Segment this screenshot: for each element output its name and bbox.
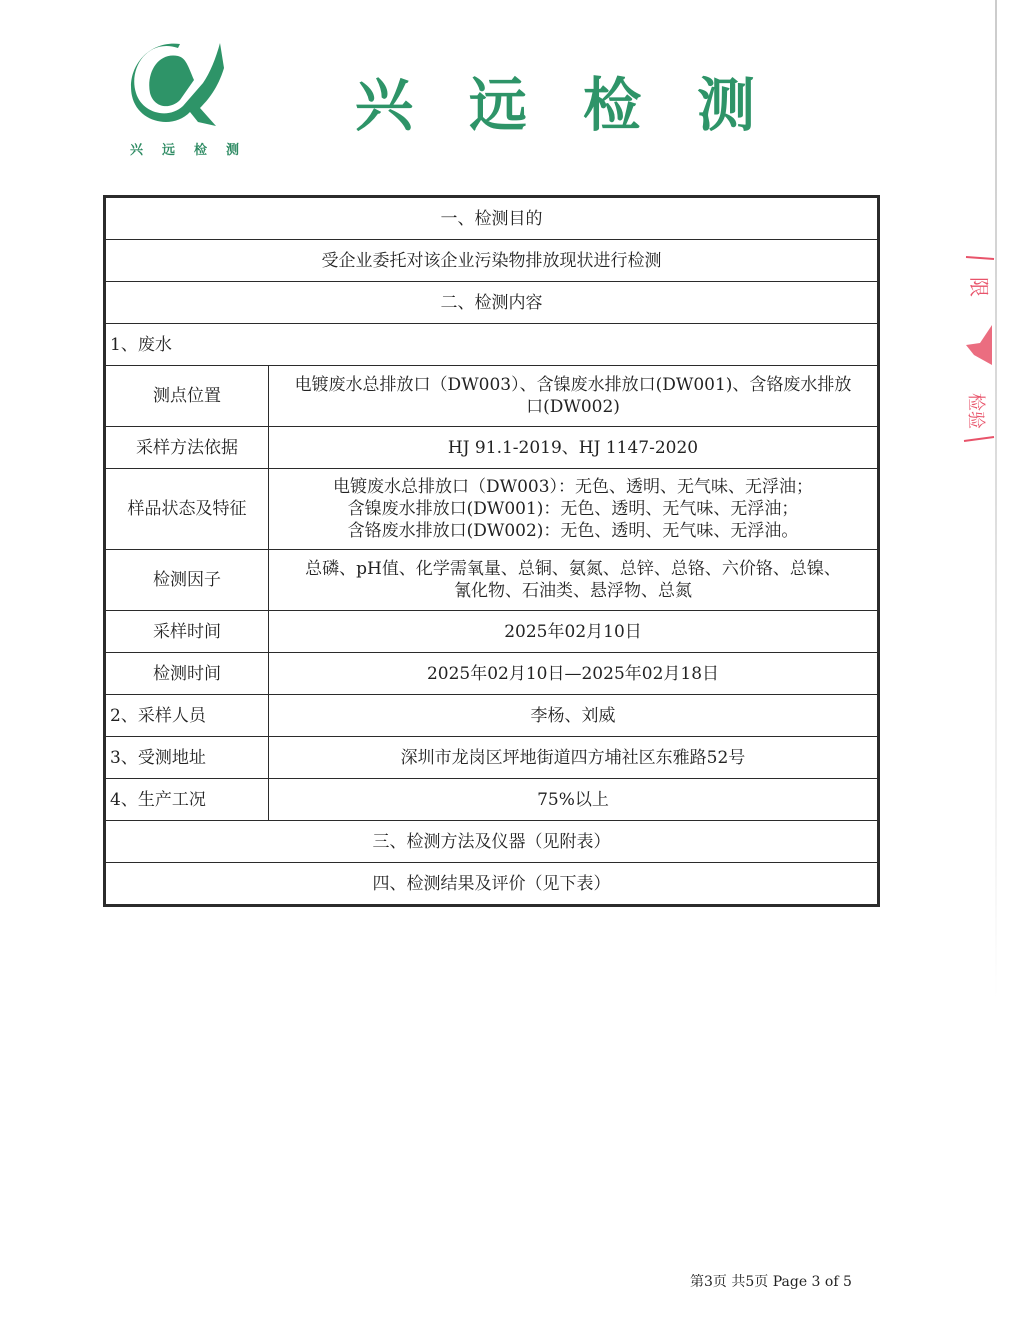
company-logo-icon: [128, 38, 238, 128]
row-value: 2025年02月10日—2025年02月18日: [269, 653, 879, 695]
table-row: 样品状态及特征 电镀废水总排放口（DW003）：无色、透明、无气味、无浮油； 含…: [105, 469, 879, 550]
page-footer: 第3页 共5页 Page 3 of 5: [690, 1271, 852, 1291]
table-row: 4、生产工况 75%以上: [105, 779, 879, 821]
row-label: 检测时间: [105, 653, 269, 695]
row-value: 深圳市龙岗区坪地街道四方埔社区东雅路52号: [269, 737, 879, 779]
table-row: 检测因子 总磷、pH值、化学需氧量、总铜、氨氮、总锌、总铬、六价铬、总镍、 氰化…: [105, 550, 879, 611]
brand-title: 兴 远 检 测: [355, 58, 755, 142]
table-row: 采样方法依据 HJ 91.1-2019、HJ 1147-2020: [105, 427, 879, 469]
svg-text:检验: 检验: [965, 393, 986, 429]
table-row: 2、采样人员 李杨、刘威: [105, 695, 879, 737]
table-row: 采样时间 2025年02月10日: [105, 611, 879, 653]
seal-stamp-icon: 限 检验: [962, 255, 996, 445]
row-label: 2、采样人员: [105, 695, 269, 737]
row-value: 电镀废水总排放口（DW003）、含镍废水排放口(DW001)、含铬废水排放 口(…: [269, 366, 879, 427]
section-title-purpose: 一、检测目的: [105, 197, 879, 240]
section-title-content: 二、检测内容: [105, 282, 879, 324]
section-title-results: 四、检测结果及评价（见下表）: [105, 863, 879, 906]
purpose-text: 受企业委托对该企业污染物排放现状进行检测: [105, 240, 879, 282]
row-label: 采样方法依据: [105, 427, 269, 469]
row-label: 检测因子: [105, 550, 269, 611]
row-label: 4、生产工况: [105, 779, 269, 821]
logo-caption: 兴 远 检 测: [130, 139, 240, 158]
row-label: 样品状态及特征: [105, 469, 269, 550]
row-label: 采样时间: [105, 611, 269, 653]
report-table: 一、检测目的 受企业委托对该企业污染物排放现状进行检测 二、检测内容 1、废水 …: [103, 195, 880, 907]
row-value: 电镀废水总排放口（DW003）：无色、透明、无气味、无浮油； 含镍废水排放口(D…: [269, 469, 879, 550]
table-row: 检测时间 2025年02月10日—2025年02月18日: [105, 653, 879, 695]
row-label: 3、受测地址: [105, 737, 269, 779]
page-edge-shadow: [995, 0, 997, 1000]
row-value: 李杨、刘威: [269, 695, 879, 737]
table-row: 测点位置 电镀废水总排放口（DW003）、含镍废水排放口(DW001)、含铬废水…: [105, 366, 879, 427]
row-value: HJ 91.1-2019、HJ 1147-2020: [269, 427, 879, 469]
section-title-methods: 三、检测方法及仪器（见附表）: [105, 821, 879, 863]
svg-text:限: 限: [967, 277, 991, 297]
row-value: 75%以上: [269, 779, 879, 821]
wastewater-heading: 1、废水: [105, 324, 879, 366]
table-row: 3、受测地址 深圳市龙岗区坪地街道四方埔社区东雅路52号: [105, 737, 879, 779]
row-value: 总磷、pH值、化学需氧量、总铜、氨氮、总锌、总铬、六价铬、总镍、 氰化物、石油类…: [269, 550, 879, 611]
row-value: 2025年02月10日: [269, 611, 879, 653]
row-label: 测点位置: [105, 366, 269, 427]
